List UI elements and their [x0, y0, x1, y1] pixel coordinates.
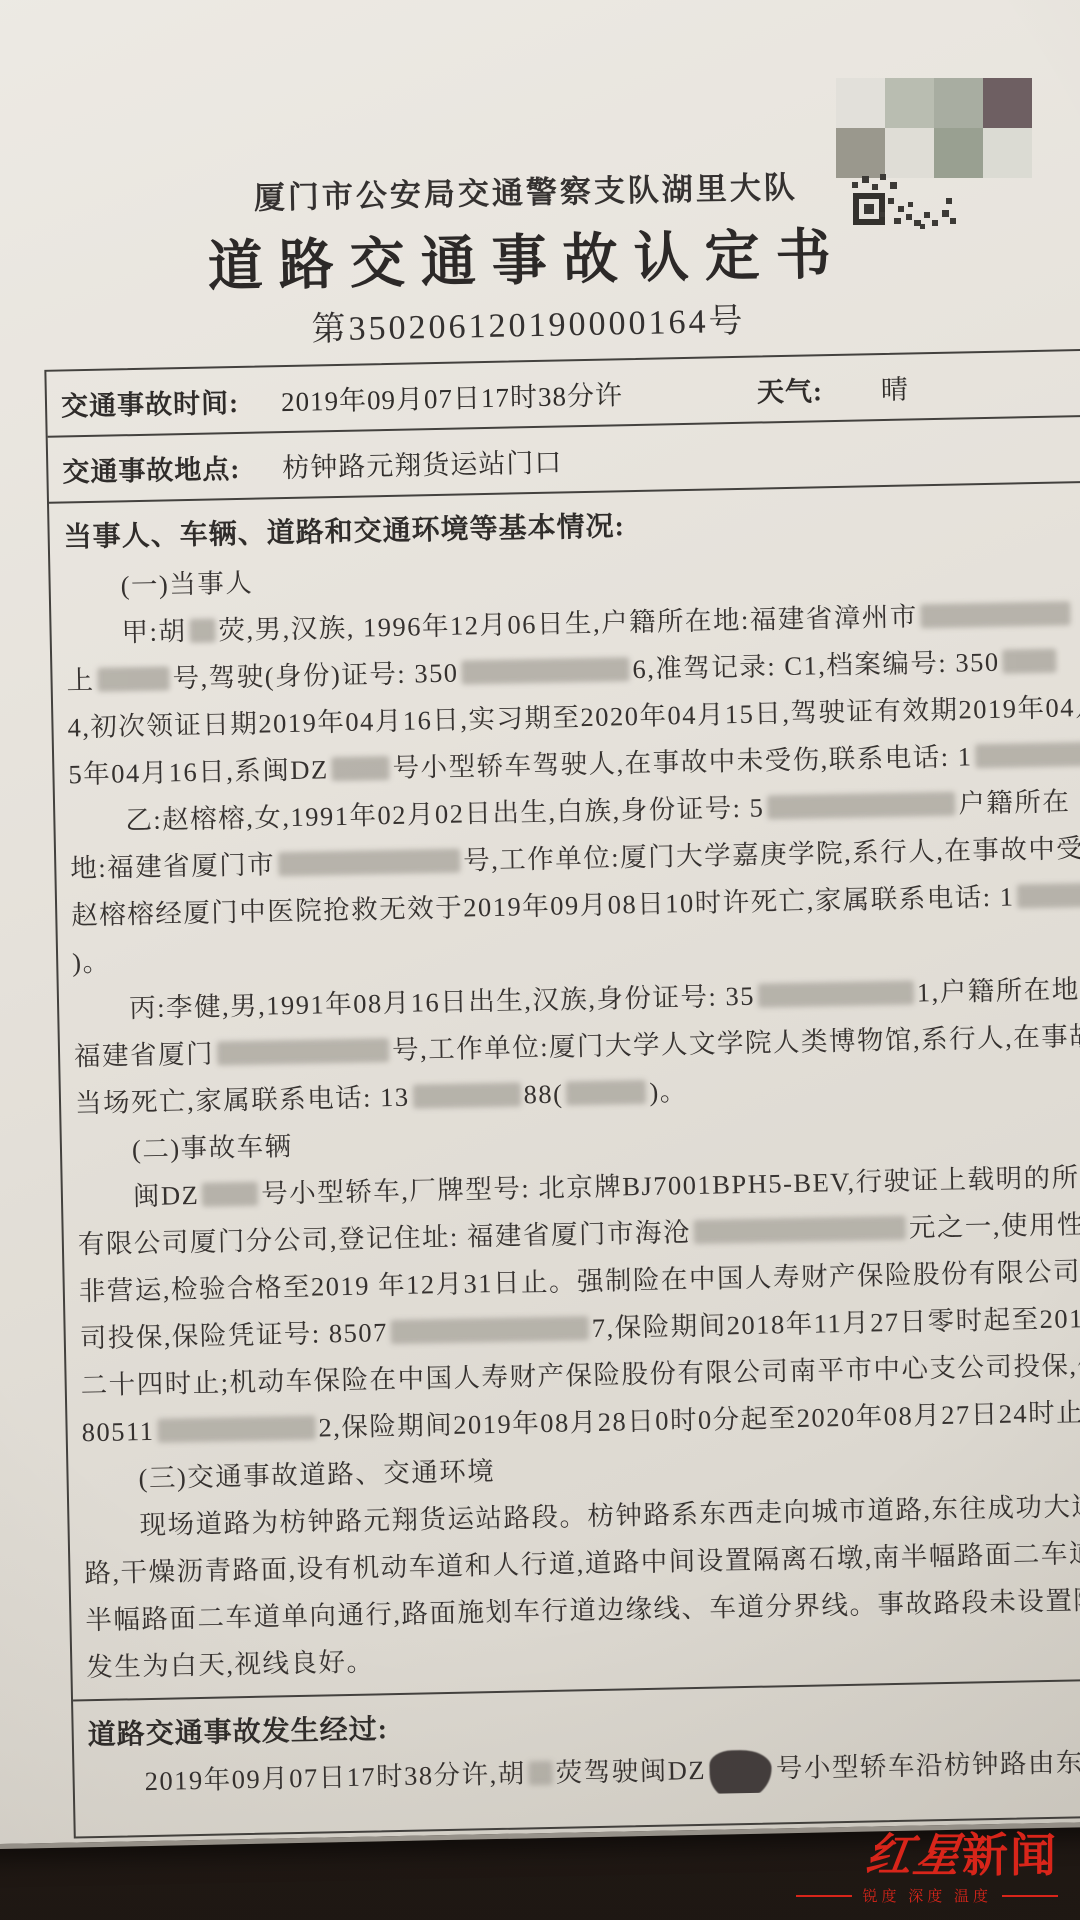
document-content: 厦门市公安局交通警察支队湖里大队 道路交通事故认定书 第350206120190…: [0, 0, 1080, 1841]
accident-location-value: 枋钟路元翔货运站门口: [282, 440, 563, 485]
weather-group: 天气: 晴: [756, 367, 909, 409]
blurred-censor: [202, 1182, 258, 1207]
blurred-censor: [331, 756, 389, 781]
blurred-censor: [1002, 649, 1056, 674]
document-paper: 厦门市公安局交通警察支队湖里大队 道路交通事故认定书 第350206120190…: [0, 0, 1080, 1850]
blurred-censor: [767, 792, 955, 820]
logo-tagline: 锐度 深度 温度: [796, 1885, 1058, 1906]
mosaic-cell: [836, 78, 885, 128]
accident-time-label: 交通事故时间:: [61, 380, 240, 423]
blurred-censor: [566, 1080, 646, 1106]
blurred-censor: [528, 1761, 552, 1785]
red-star-news-logo: 红星新闻: [796, 1833, 1058, 1879]
blurred-censor: [217, 1038, 389, 1065]
ink-censor-blob: [710, 1750, 773, 1801]
blurred-censor: [694, 1216, 906, 1244]
news-watermark: 红星新闻 锐度 深度 温度: [796, 1833, 1058, 1906]
photo-of-document: { "header": { "agency": "厦门市公安局交通警察支队湖里大…: [0, 0, 1080, 1920]
qr-code-fragment: [850, 168, 960, 234]
tagline-text: 锐度 深度 温度: [862, 1885, 992, 1906]
tagline-dash-right: [1002, 1895, 1058, 1897]
accident-time-value: 2019年09月07日17时38分许: [281, 373, 624, 419]
logo-script-part: 红星: [863, 1833, 965, 1879]
blurred-censor: [157, 1416, 315, 1443]
incident-section: 道路交通事故发生经过: 2019年09月07日17时38分许,胡荧驾驶闽DZ号小…: [73, 1679, 1080, 1837]
blurred-censor: [461, 657, 629, 684]
weather-label: 天气:: [756, 369, 823, 409]
basic-info-section: 当事人、车辆、道路和交通环境等基本情况: (一)当事人 甲:胡荧,男,汉族, 1…: [49, 481, 1080, 1700]
document-body-box: 交通事故时间: 2019年09月07日17时38分许 天气: 晴 交通事故地点:…: [44, 349, 1080, 1839]
blurred-censor: [391, 1316, 589, 1344]
blurred-censor: [97, 666, 169, 691]
basic-info-lines: (一)当事人 甲:胡荧,男,汉族, 1996年12月06日生,户籍所在地:福建省…: [50, 541, 1080, 1700]
logo-rest-part: 新闻: [962, 1830, 1058, 1881]
mosaic-cell: [934, 78, 983, 128]
blurred-censor: [278, 849, 460, 877]
blurred-censor: [975, 742, 1080, 768]
mosaic-cell: [983, 78, 1032, 128]
qr-code-icon: [850, 168, 960, 239]
pixelated-censor-block: [836, 78, 1032, 178]
tagline-dash-left: [796, 1895, 852, 1897]
mosaic-cell: [885, 78, 934, 128]
mosaic-cell: [983, 128, 1032, 178]
blurred-censor: [1017, 883, 1080, 909]
accident-location-label: 交通事故地点:: [62, 446, 241, 489]
blurred-censor: [758, 981, 914, 1008]
weather-value: 晴: [880, 367, 909, 407]
blurred-censor: [412, 1082, 520, 1108]
blurred-censor: [921, 601, 1071, 628]
blurred-censor: [189, 618, 215, 643]
